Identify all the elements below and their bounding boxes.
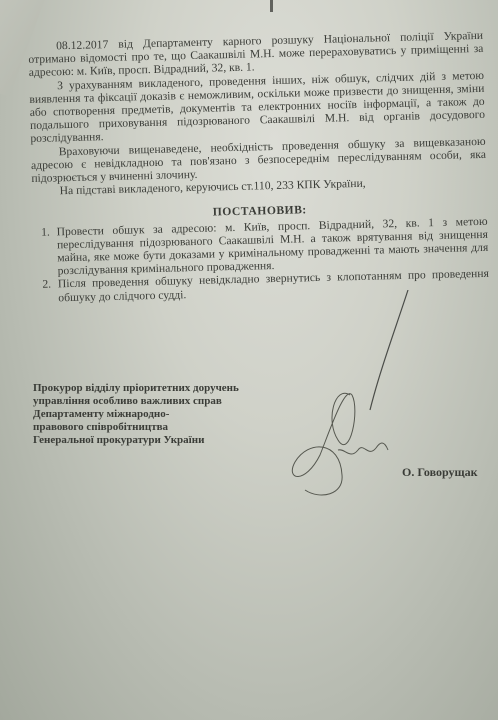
paragraph-reasoning: З урахуванням викладеного, проведення ін… <box>29 68 485 145</box>
document-photo: 08.12.2017 від Департаменту карного розш… <box>0 0 498 720</box>
signatory-title-line: Генеральної прокуратури України <box>33 434 263 447</box>
resolution-list: Провести обшук за адресою: м. Київ, прос… <box>33 214 490 304</box>
handwritten-signature-icon <box>280 290 410 505</box>
signatory-title-line: Прокурор відділу пріоритетних доручень <box>33 382 263 395</box>
document-body: 08.12.2017 від Департаменту карного розш… <box>28 29 489 305</box>
signatory-title: Прокурор відділу пріоритетних доручень у… <box>33 382 263 447</box>
signatory-title-line: правового співробітництва <box>33 421 263 434</box>
signatory-title-line: управління особливо важливих справ <box>33 395 263 408</box>
signatory-name: О. Говорущак <box>402 465 478 480</box>
page-mark <box>270 0 273 12</box>
signatory-title-line: Департаменту міжнародно- <box>33 408 263 421</box>
